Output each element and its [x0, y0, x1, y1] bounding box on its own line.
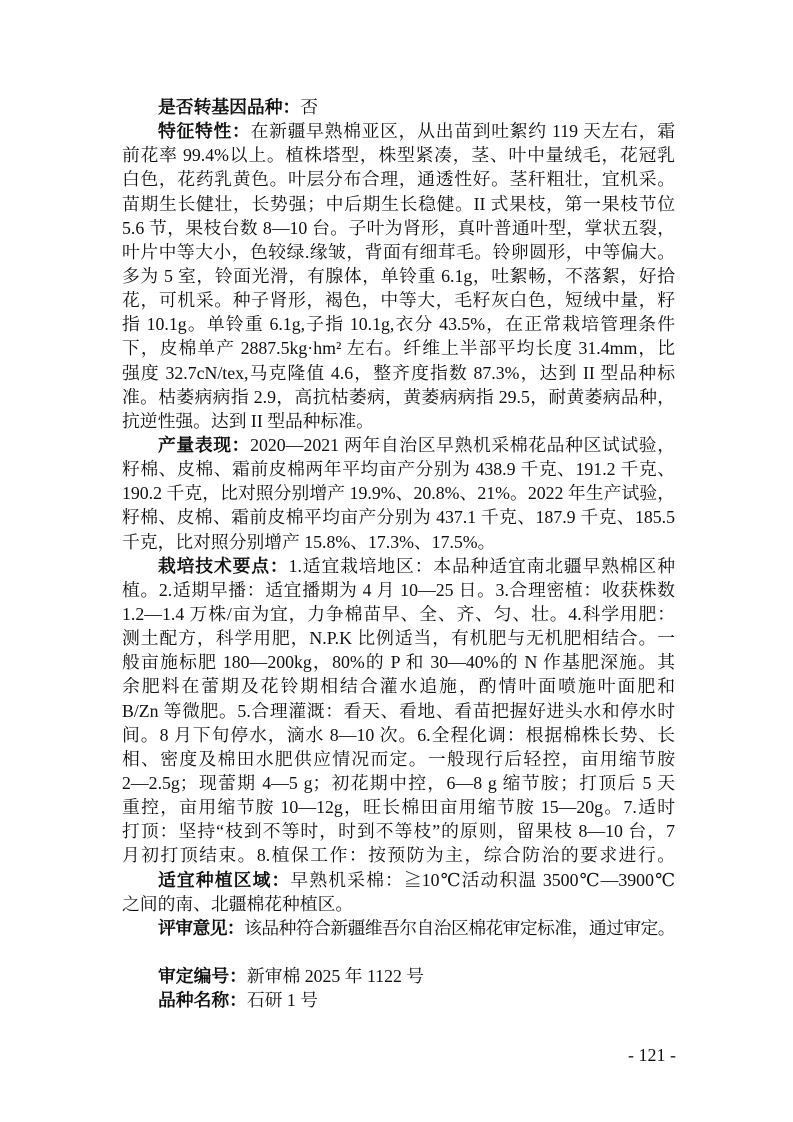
- text-line: 相、密度及棉田水肥供应情况而定。一般现行后轻控，亩用缩节胺: [122, 747, 675, 771]
- text-line: 强度 32.7cN/tex,马克隆值 4.6，整齐度指数 87.3%，达到 II…: [122, 361, 675, 385]
- text-line: 千克，比对照分别增产 15.8%、17.3%、17.5%。: [122, 530, 675, 554]
- text-line: 是否转基因品种：否: [122, 95, 675, 119]
- field-value: 新审棉 2025 年 1122 号: [247, 966, 424, 986]
- field-label: 适宜种植区域：: [158, 870, 290, 890]
- field-label: 特征特性：: [158, 121, 251, 141]
- text-line: 抗逆性强。达到 II 型品种标准。: [122, 409, 675, 433]
- section-characteristics: 特征特性：在新疆早熟棉亚区，从出苗到吐絮约 119 天左右，霜 前花率 99.4…: [122, 119, 675, 433]
- field-value: 在新疆早熟棉亚区，从出苗到吐絮约 119 天左右，霜: [251, 121, 675, 141]
- text-line: 2—2.5g；现蕾期 4—5 g；初花期中控，6—8 g 缩节胺；打顶后 5 天: [122, 771, 675, 795]
- text-line: 1.2—1.4 万株/亩为宜，力争棉苗早、全、齐、匀、壮。4.科学用肥：: [122, 602, 675, 626]
- section-suitable-region: 适宜种植区域：早熟机采棉：≧10℃活动积温 3500℃—3900℃ 之间的南、北…: [122, 868, 675, 916]
- text-line: 多为 5 室，铃面光滑，有腺体，单铃重 6.1g，吐絮畅，不落絮，好拾: [122, 264, 675, 288]
- field-value: 1.适宜栽培地区：本品种适宜南北疆早熟棉区种: [289, 556, 675, 576]
- text-line: B/Zn 等微肥。5.合理灌溉：看天、看地、看苗把握好进头水和停水时: [122, 699, 675, 723]
- text-line: 苗期生长健壮，长势强；中后期生长稳健。II 式果枝，第一果枝节位: [122, 192, 675, 216]
- text-line: 叶片中等大小，色较绿.缘皱，背面有细茸毛。铃卵圆形，中等偏大。: [122, 240, 675, 264]
- section-variety-name: 品种名称：石研 1 号: [122, 988, 675, 1012]
- field-value: 否: [300, 97, 318, 117]
- field-label: 审定编号：: [158, 966, 247, 986]
- field-value: 该品种符合新疆维吾尔自治区棉花审定标准，通过审定。: [244, 918, 675, 938]
- field-value: 石研 1 号: [247, 990, 318, 1010]
- text-line: 特征特性：在新疆早熟棉亚区，从出苗到吐絮约 119 天左右，霜: [122, 119, 675, 143]
- text-line: 5.6 节，果枝台数 8—10 台。子叶为肾形，真叶普通叶型，掌状五裂，: [122, 216, 675, 240]
- text-line: 打顶：坚持“枝到不等时，时到不等枝”的原则，留果枝 8—10 台，7: [122, 819, 675, 843]
- page-number: - 121 -: [628, 1043, 676, 1067]
- document-page: 是否转基因品种：否 特征特性：在新疆早熟棉亚区，从出苗到吐絮约 119 天左右，…: [0, 0, 793, 1122]
- field-label: 栽培技术要点：: [158, 556, 289, 576]
- section-review-opinion: 评审意见：该品种符合新疆维吾尔自治区棉花审定标准，通过审定。: [122, 916, 675, 940]
- text-line: 栽培技术要点：1.适宜栽培地区：本品种适宜南北疆早熟棉区种: [122, 554, 675, 578]
- text-line: 花，可机采。种子肾形，褐色，中等大，毛籽灰白色，短绒中量，籽: [122, 288, 675, 312]
- field-value: 2020—2021 两年自治区早熟机采棉花品种区试试验，: [250, 435, 675, 455]
- text-line: 之间的南、北疆棉花种植区。: [122, 892, 675, 916]
- section-yield: 产量表现：2020—2021 两年自治区早熟机采棉花品种区试试验， 籽棉、皮棉、…: [122, 433, 675, 554]
- text-line: 白色，花药乳黄色。叶层分布合理，通透性好。茎秆粗壮，宜机采。: [122, 167, 675, 191]
- text-line: 适宜种植区域：早熟机采棉：≧10℃活动积温 3500℃—3900℃: [122, 868, 675, 892]
- text-line: 下，皮棉单产 2887.5kg·hm² 左右。纤维上半部平均长度 31.4mm，…: [122, 336, 675, 360]
- text-line: 审定编号：新审棉 2025 年 1122 号: [122, 964, 675, 988]
- text-line: 评审意见：该品种符合新疆维吾尔自治区棉花审定标准，通过审定。: [122, 916, 675, 940]
- text-line: 重控，亩用缩节胺 10—12g，旺长棉田亩用缩节胺 15—20g。7.适时: [122, 795, 675, 819]
- text-line: 间。8 月下旬停水，滴水 8—10 次。6.全程化调：根据棉株长势、长: [122, 723, 675, 747]
- text-line: 品种名称：石研 1 号: [122, 988, 675, 1012]
- text-line: 籽棉、皮棉、霜前皮棉平均亩产分别为 437.1 千克、187.9 千克、185.…: [122, 505, 675, 529]
- section-transgenic: 是否转基因品种：否: [122, 95, 675, 119]
- text-line: 测土配方，科学用肥，N.P.K 比例适当，有机肥与无机肥相结合。一: [122, 626, 675, 650]
- text-line: 产量表现：2020—2021 两年自治区早熟机采棉花品种区试试验，: [122, 433, 675, 457]
- text-line: 190.2 千克，比对照分别增产 19.9%、20.8%、21%。2022 年生…: [122, 481, 675, 505]
- text-line: 指 10.1g。单铃重 6.1g,子指 10.1g,衣分 43.5%，在正常栽培…: [122, 312, 675, 336]
- text-line: 月初打顶结束。8.植保工作：按预防为主，综合防治的要求进行。: [122, 843, 675, 867]
- text-line: 般亩施标肥 180—200kg，80%的 P 和 30—40%的 N 作基肥深施…: [122, 650, 675, 674]
- text-line: 前花率 99.4%以上。植株塔型，株型紧凑，茎、叶中量绒毛，花冠乳: [122, 143, 675, 167]
- field-label: 是否转基因品种：: [158, 97, 300, 117]
- text-line: 籽棉、皮棉、霜前皮棉两年平均亩产分别为 438.9 千克、191.2 千克、: [122, 457, 675, 481]
- text-line: 植。2.适期早播：适宜播期为 4 月 10—25 日。3.合理密植：收获株数: [122, 578, 675, 602]
- field-value: 早熟机采棉：≧10℃活动积温 3500℃—3900℃: [290, 870, 675, 890]
- section-cultivation: 栽培技术要点：1.适宜栽培地区：本品种适宜南北疆早熟棉区种 植。2.适期早播：适…: [122, 554, 675, 868]
- section-approval-number: 审定编号：新审棉 2025 年 1122 号: [122, 964, 675, 988]
- field-label: 评审意见：: [158, 918, 244, 938]
- text-line: 准。枯萎病病指 2.9，高抗枯萎病，黄萎病病指 29.5，耐黄萎病品种，: [122, 385, 675, 409]
- field-label: 产量表现：: [158, 435, 250, 455]
- field-label: 品种名称：: [158, 990, 247, 1010]
- blank-line: [122, 940, 675, 964]
- page-body: 是否转基因品种：否 特征特性：在新疆早熟棉亚区，从出苗到吐絮约 119 天左右，…: [122, 95, 675, 1012]
- text-line: 余肥料在蕾期及花铃期相结合灌水追施，酌情叶面喷施叶面肥和: [122, 674, 675, 698]
